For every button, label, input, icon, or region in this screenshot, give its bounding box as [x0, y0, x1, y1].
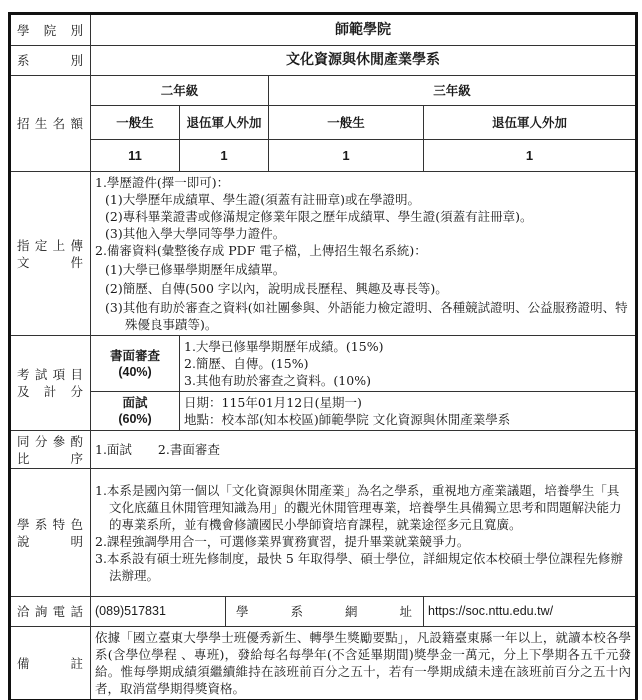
quota-grade-row: 招生名額 二年級 三年級 [10, 76, 637, 106]
documents-item: (1)大學已修畢學期歷年成績單。 [95, 259, 631, 278]
interview-details: 日期：115年01月12日(星期一) 地點：校本部(知本校區)師範學院 文化資源… [180, 392, 637, 431]
department-label: 系別 [10, 46, 91, 76]
web-label: 學系網址 [226, 597, 424, 627]
features-list: 1.本系是國內第一個以「文化資源與休閒產業」為名之學系，重視地方產業議題，培養學… [91, 469, 637, 597]
interview-name-cell: 面試 (60%) [91, 392, 180, 431]
tiebreak-item: 2.書面審查 [158, 442, 220, 457]
documents-row: 指定上傳文件 1.學歷證件(擇一即可)： (1)大學歷年成績單、學生證(須蓋有註… [10, 172, 637, 336]
features-item: 2.課程強調學用合一，可選修業界實務實習，提升畢業就業競爭力。 [95, 533, 631, 550]
department-row: 系別 文化資源與休閒產業學系 [10, 46, 637, 76]
exam-review-row: 考試項目及計分 書面審查 (40%) 1.大學已修畢學期歷年成績。(15%) 2… [10, 336, 637, 392]
grade-2-general-header: 一般生 [91, 106, 180, 140]
review-item: 2.簡歷、自傳。(15%) [184, 355, 631, 372]
grade-3-general-header: 一般生 [269, 106, 424, 140]
grade-3-header: 三年級 [269, 76, 637, 106]
documents-item: 1.學歷證件(擇一即可)： [95, 174, 631, 191]
quota-value-row: 11 1 1 1 [10, 140, 637, 172]
grade-2-veteran-header: 退伍軍人外加 [180, 106, 269, 140]
tiebreak-items: 1.面試 2.書面審查 [91, 431, 637, 469]
review-name: 書面審查 [95, 347, 175, 364]
tiebreak-item: 1.面試 [95, 442, 132, 457]
documents-list: 1.學歷證件(擇一即可)： (1)大學歷年成績單、學生證(須蓋有註冊章)或在學證… [91, 172, 637, 336]
grade-3-veteran-header: 退伍軍人外加 [424, 106, 637, 140]
grade-2-header: 二年級 [91, 76, 269, 106]
college-row: 學院別 師範學院 [10, 14, 637, 46]
college-value: 師範學院 [91, 14, 637, 46]
documents-item: (2)專科畢業證書或修滿規定修業年限之歷年成績單、學生證(須蓋有註冊章)。 [95, 208, 631, 225]
interview-date: 日期：115年01月12日(星期一) [184, 394, 631, 411]
tiebreak-row: 同分參酌比序 1.面試 2.書面審查 [10, 431, 637, 469]
documents-item: (3)其他入學大學同等學力證件。 [95, 225, 631, 242]
grade-2-general-count: 11 [91, 140, 180, 172]
documents-item: (3)其他有助於審查之資料(如社團參與、外語能力檢定證明、各種競試證明、公益服務… [95, 297, 631, 333]
interview-name: 面試 [95, 394, 175, 411]
review-item: 1.大學已修畢學期歷年成績。(15%) [184, 338, 631, 355]
tiebreak-label: 同分參酌比序 [10, 431, 91, 469]
features-item: 1.本系是國內第一個以「文化資源與休閒產業」為名之學系，重視地方產業議題，培養學… [95, 482, 631, 533]
department-value: 文化資源與休閒產業學系 [91, 46, 637, 76]
remarks-label: 備註 [10, 627, 91, 700]
contact-row: 洽詢電話 (089)517831 學系網址 https://soc.nttu.e… [10, 597, 637, 627]
grade-3-general-count: 1 [269, 140, 424, 172]
features-label: 學系特色說明 [10, 469, 91, 597]
documents-item: (2)簡歷、自傳(500 字以內，說明成長歷程、興趣及專長等)。 [95, 278, 631, 297]
phone-value: (089)517831 [91, 597, 226, 627]
documents-label: 指定上傳文件 [10, 172, 91, 336]
features-item: 3.本系設有碩士班先修制度，最快 5 年取得學、碩士學位，詳細規定依本校碩士學位… [95, 550, 631, 584]
web-value[interactable]: https://soc.nttu.edu.tw/ [424, 597, 637, 627]
grade-3-veteran-count: 1 [424, 140, 637, 172]
review-items: 1.大學已修畢學期歷年成績。(15%) 2.簡歷、自傳。(15%) 3.其他有助… [180, 336, 637, 392]
review-item: 3.其他有助於審查之資料。(10%) [184, 372, 631, 389]
documents-item: (1)大學歷年成績單、學生證(須蓋有註冊章)或在學證明。 [95, 191, 631, 208]
features-row: 學系特色說明 1.本系是國內第一個以「文化資源與休閒產業」為名之學系，重視地方產… [10, 469, 637, 597]
remarks-row: 備註 依據「國立臺東大學學士班優秀新生、轉學生獎勵要點」，凡設籍臺東縣一年以上，… [10, 627, 637, 700]
college-label: 學院別 [10, 14, 91, 46]
quota-type-row: 一般生 退伍軍人外加 一般生 退伍軍人外加 [10, 106, 637, 140]
grade-2-veteran-count: 1 [180, 140, 269, 172]
interview-location: 地點：校本部(知本校區)師範學院 文化資源與休閒產業學系 [184, 411, 631, 428]
exam-interview-row: 面試 (60%) 日期：115年01月12日(星期一) 地點：校本部(知本校區)… [10, 392, 637, 431]
documents-item: 2.備審資料(彙整後存成 PDF 電子檔，上傳招生報名系統)： [95, 242, 631, 259]
review-weight: (40%) [95, 364, 175, 381]
exam-label: 考試項目及計分 [10, 336, 91, 431]
quota-label: 招生名額 [10, 76, 91, 172]
admission-table: 學院別 師範學院 系別 文化資源與休閒產業學系 招生名額 二年級 三年級 一般生… [8, 12, 638, 700]
phone-label: 洽詢電話 [10, 597, 91, 627]
review-name-cell: 書面審查 (40%) [91, 336, 180, 392]
remarks-text: 依據「國立臺東大學學士班優秀新生、轉學生獎勵要點」，凡設籍臺東縣一年以上，就讀本… [91, 627, 637, 700]
interview-weight: (60%) [95, 411, 175, 428]
